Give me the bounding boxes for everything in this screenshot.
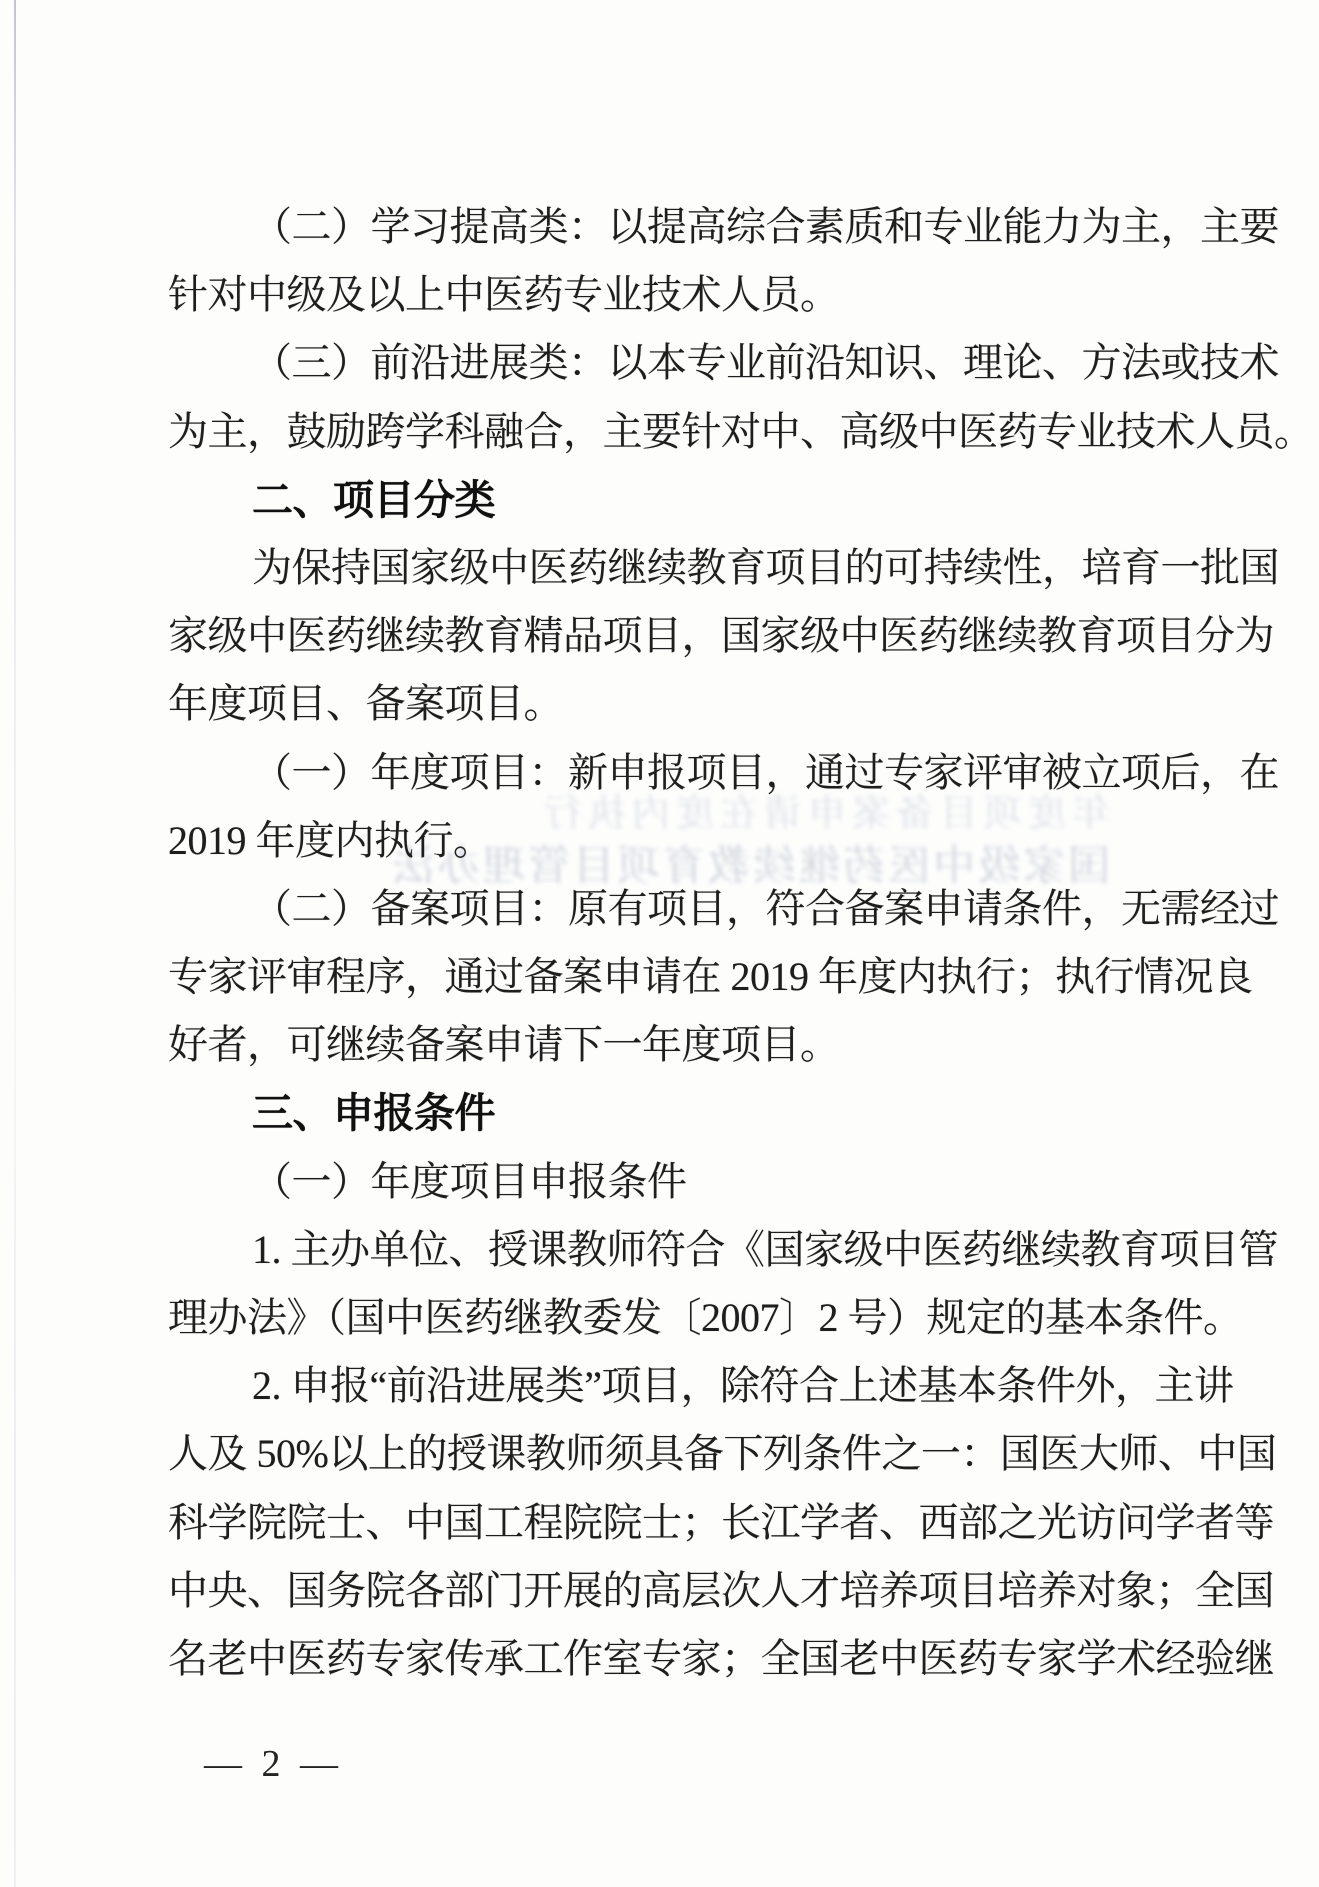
text-line: 专家评审程序，通过备案申请在 2019 年度内执行；执行情况良 <box>168 943 1184 1011</box>
text-line: 理办法》（国中医药继教委发〔2007〕2 号）规定的基本条件。 <box>168 1284 1184 1352</box>
text-line: 人及 50%以上的授课教师须具备下列条件之一：国医大师、中国 <box>168 1420 1184 1488</box>
text-line: 年度项目、备案项目。 <box>168 670 1184 738</box>
text-line: 为保持国家级中医药继续教育项目的可持续性，培育一批国 <box>168 534 1184 602</box>
text-line: （一）年度项目申报条件 <box>168 1148 1184 1216</box>
scan-artifact-line <box>14 0 16 1887</box>
text-line: 2019 年度内执行。 <box>168 807 1184 875</box>
section-heading: 二、项目分类 <box>168 466 1184 534</box>
text-line: 家级中医药继续教育精品项目，国家级中医药继续教育项目分为 <box>168 602 1184 670</box>
text-line: 2. 申报“前沿进展类”项目，除符合上述基本条件外，主讲 <box>168 1352 1184 1420</box>
text-line: （一）年度项目：新申报项目，通过专家评审被立项后，在 <box>168 739 1184 807</box>
text-line: 1. 主办单位、授课教师符合《国家级中医药继续教育项目管 <box>168 1216 1184 1284</box>
text-line: 为主，鼓励跨学科融合，主要针对中、高级中医药专业技术人员。 <box>168 398 1184 466</box>
text-line: 名老中医药专家传承工作室专家；全国老中医药专家学术经验继 <box>168 1625 1184 1693</box>
text-line: 中央、国务院各部门开展的高层次人才培养项目培养对象；全国 <box>168 1557 1184 1625</box>
text-line: （二）学习提高类：以提高综合素质和专业能力为主，主要 <box>168 193 1184 261</box>
text-line: （三）前沿进展类：以本专业前沿知识、理论、方法或技术 <box>168 329 1184 397</box>
scanned-document-page: 年度项目备案申请在度内执行 国家级中医药继续教育项目管理办法 （二）学习提高类：… <box>0 0 1319 1887</box>
document-lines: （二）学习提高类：以提高综合素质和专业能力为主，主要针对中级及以上中医药专业技术… <box>168 193 1184 1693</box>
section-heading: 三、申报条件 <box>168 1079 1184 1147</box>
text-line: 针对中级及以上中医药专业技术人员。 <box>168 261 1184 329</box>
text-line: 好者，可继续备案申请下一年度项目。 <box>168 1011 1184 1079</box>
text-line: 科学院院士、中国工程院院士；长江学者、西部之光访问学者等 <box>168 1489 1184 1557</box>
page-number: — 2 — <box>204 1742 343 1786</box>
text-line: （二）备案项目：原有项目，符合备案申请条件，无需经过 <box>168 875 1184 943</box>
